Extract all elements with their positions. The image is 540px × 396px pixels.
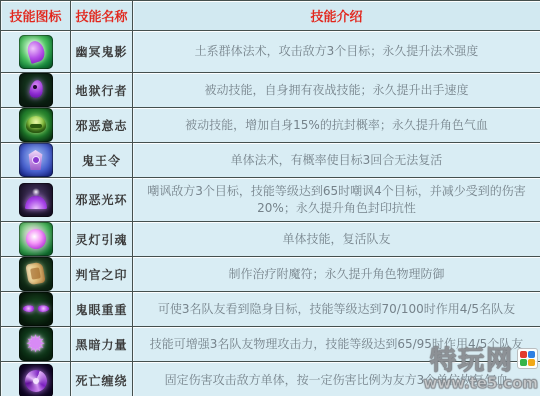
skill-icon-cell	[1, 108, 71, 143]
skill-name: 鬼眼重重	[71, 292, 133, 327]
skill-name: 灵灯引魂	[71, 222, 133, 257]
header-skill-icon: 技能图标	[1, 1, 71, 31]
skill-desc: 土系群体法术，攻击敌方3个目标；永久提升法术强度	[133, 31, 540, 73]
table-row: 鬼王令 单体法术，有概率使目标3回合无法复活	[1, 143, 540, 178]
purple-spiral-vortex-icon	[19, 364, 53, 396]
skill-name: 黑暗力量	[71, 327, 133, 362]
magenta-soul-orb-icon	[19, 222, 53, 256]
skill-table: 技能图标 技能名称 技能介绍 幽冥鬼影 土系群体法术，攻击敌方3个目标；永久提升…	[0, 0, 540, 396]
skill-icon-cell	[1, 292, 71, 327]
skill-table-page: 技能图标 技能名称 技能介绍 幽冥鬼影 土系群体法术，攻击敌方3个目标；永久提升…	[0, 0, 540, 396]
skill-name: 地狱行者	[71, 73, 133, 108]
skill-icon-cell	[1, 327, 71, 362]
skill-desc: 单体技能，复活队友	[133, 222, 540, 257]
table-row: 灵灯引魂 单体技能，复活队友	[1, 222, 540, 257]
skill-icon-cell	[1, 143, 71, 178]
skill-icon-cell	[1, 362, 71, 396]
purple-starburst-icon	[19, 327, 53, 361]
header-skill-desc: 技能介绍	[133, 1, 540, 31]
skill-name: 幽冥鬼影	[71, 31, 133, 73]
purple-ghost-eyes-icon	[19, 292, 53, 326]
skill-icon-cell	[1, 178, 71, 222]
purple-aura-crown-icon	[19, 183, 53, 217]
skill-name: 邪恶光环	[71, 178, 133, 222]
skill-name: 死亡缠绕	[71, 362, 133, 396]
skill-name: 鬼王令	[71, 143, 133, 178]
table-row: 黑暗力量 技能可增强3名队友物理攻击力，技能等级达到65/95时作用4/5个队友	[1, 327, 540, 362]
purple-shield-token-icon	[19, 143, 53, 177]
skill-desc: 技能可增强3名队友物理攻击力，技能等级达到65/95时作用4/5个队友	[133, 327, 540, 362]
skill-name: 邪恶意志	[71, 108, 133, 143]
table-row: 邪恶光环 嘲讽敌方3个目标，技能等级达到65时嘲讽4个目标，并减少受到的伤害20…	[1, 178, 540, 222]
skill-desc: 制作治疗附魔符；永久提升角色物理防御	[133, 257, 540, 292]
table-row: 邪恶意志 被动技能，增加自身15%的抗封概率；永久提升角色气血	[1, 108, 540, 143]
table-row: 地狱行者 被动技能，自身拥有夜战技能；永久提升出手速度	[1, 73, 540, 108]
tan-scroll-seal-icon	[19, 257, 53, 291]
skill-desc: 单体法术，有概率使目标3回合无法复活	[133, 143, 540, 178]
skill-table-body: 幽冥鬼影 土系群体法术，攻击敌方3个目标；永久提升法术强度 地狱行者 被动技能，…	[1, 31, 540, 396]
skill-desc: 被动技能，增加自身15%的抗封概率；永久提升角色气血	[133, 108, 540, 143]
table-header-row: 技能图标 技能名称 技能介绍	[1, 1, 540, 31]
table-row: 死亡缠绕 固定伤害攻击敌方单体，按一定伤害比例为友方3个单位恢复气血	[1, 362, 540, 396]
skill-desc: 可使3名队友看到隐身目标，技能等级达到70/100时作用4/5名队友	[133, 292, 540, 327]
table-row: 幽冥鬼影 土系群体法术，攻击敌方3个目标；永久提升法术强度	[1, 31, 540, 73]
skill-icon-cell	[1, 73, 71, 108]
skill-icon-cell	[1, 257, 71, 292]
skill-desc: 嘲讽敌方3个目标，技能等级达到65时嘲讽4个目标，并减少受到的伤害20%；永久提…	[133, 178, 540, 222]
purple-magatama-green-swirl-icon	[19, 35, 53, 69]
skill-name: 判官之印	[71, 257, 133, 292]
skill-desc: 固定伤害攻击敌方单体，按一定伤害比例为友方3个单位恢复气血	[133, 362, 540, 396]
skill-icon-cell	[1, 31, 71, 73]
header-skill-name: 技能名称	[71, 1, 133, 31]
green-demon-mask-icon	[19, 108, 53, 142]
skill-desc: 被动技能，自身拥有夜战技能；永久提升出手速度	[133, 73, 540, 108]
purple-ghost-dark-icon	[19, 73, 53, 107]
table-row: 判官之印 制作治疗附魔符；永久提升角色物理防御	[1, 257, 540, 292]
skill-icon-cell	[1, 222, 71, 257]
table-row: 鬼眼重重 可使3名队友看到隐身目标，技能等级达到70/100时作用4/5名队友	[1, 292, 540, 327]
